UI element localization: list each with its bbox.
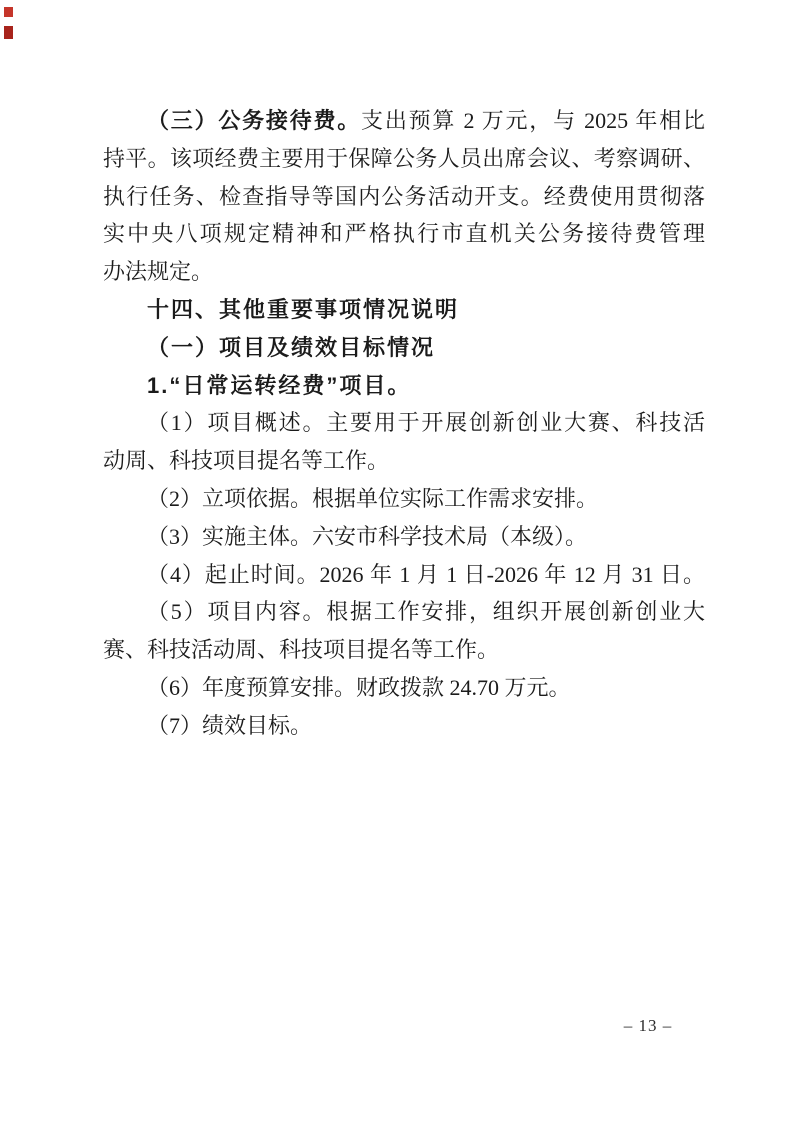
project-overview-line-1: （1）项目概述。主要用于开展创新创业大赛、科技活 (103, 404, 705, 442)
reception-expense-line-5: 办法规定。 (103, 253, 705, 291)
project-budget-line: （6）年度预算安排。财政拨款 24.70 万元。 (103, 669, 705, 707)
document-page: （三）公务接待费。支出预算 2 万元，与 2025 年相比 持平。该项经费主要用… (0, 0, 793, 1122)
text-block: （三）公务接待费。支出预算 2 万元，与 2025 年相比 持平。该项经费主要用… (103, 102, 705, 745)
reception-expense-line-1-text: 支出预算 2 万元，与 2025 年相比 (361, 108, 705, 133)
project-basis-line: （2）立项依据。根据单位实际工作需求安排。 (103, 480, 705, 518)
reception-expense-line-1: （三）公务接待费。支出预算 2 万元，与 2025 年相比 (103, 102, 705, 140)
project-entity-line: （3）实施主体。六安市科学技术局（本级）。 (103, 518, 705, 556)
project-performance-line: （7）绩效目标。 (103, 707, 705, 745)
project-overview-line-2: 动周、科技项目提名等工作。 (103, 442, 705, 480)
reception-expense-line-2: 持平。该项经费主要用于保障公务人员出席会议、考察调研、 (103, 140, 705, 178)
reception-expense-line-3: 执行任务、检查指导等国内公务活动开支。经费使用贯彻落 (103, 178, 705, 216)
heading-subsection-1: （一）项目及绩效目标情况 (103, 329, 705, 367)
reception-expense-line-4: 实中央八项规定精神和严格执行市直机关公务接待费管理 (103, 215, 705, 253)
project-duration-line: （4）起止时间。2026 年 1 月 1 日-2026 年 12 月 31 日。 (103, 556, 705, 594)
project-content-line-1: （5）项目内容。根据工作安排，组织开展创新创业大 (103, 593, 705, 631)
heading-section-14: 十四、其他重要事项情况说明 (103, 291, 705, 329)
red-artifact-mark-top (4, 7, 13, 17)
page-number: – 13 – (598, 1016, 698, 1036)
heading-project-1: 1.“日常运转经费”项目。 (103, 367, 705, 405)
red-artifact-mark-bottom (4, 26, 13, 39)
reception-expense-lead: （三）公务接待费。 (147, 108, 361, 133)
project-content-line-2: 赛、科技活动周、科技项目提名等工作。 (103, 631, 705, 669)
